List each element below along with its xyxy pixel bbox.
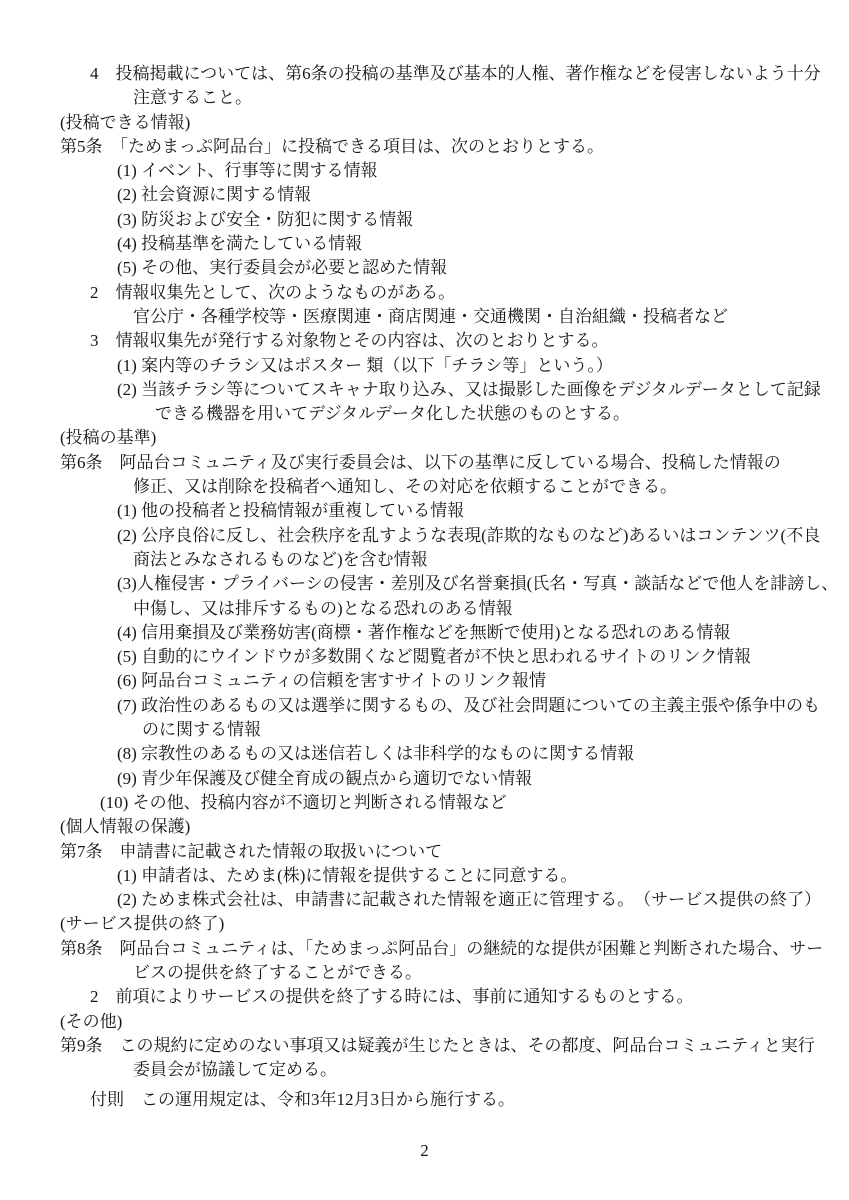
text-line: (4) 投稿基準を満たしている情報 [0, 232, 849, 256]
text-line: (5) 自動的にウインドウが多数開くなど閲覧者が不快と思われるサイトのリンク情報 [0, 645, 849, 669]
text-line: (3)人権侵害・プライバーシの侵害・差別及び名誉棄損(氏名・写真・談話などで他人… [0, 572, 849, 596]
text-line: 注意すること。 [0, 86, 849, 110]
text-line: (2) 社会資源に関する情報 [0, 183, 849, 207]
document-page: 4 投稿掲載については、第6条の投稿の基準及び基本的人権、著作権などを侵害しない… [0, 0, 849, 1200]
text-line: 3 情報収集先が発行する対象物とその内容は、次のとおりとする。 [0, 329, 849, 353]
text-line: 第8条 阿品台コミュニティは、「ためまっぷ阿品台」の継続的な提供が困難と判断され… [0, 937, 849, 961]
text-line: (サービス提供の終了) [0, 912, 849, 936]
text-line: 中傷し、又は排斥するもの)となる恐れのある情報 [0, 597, 849, 621]
text-line: (1) 申請者は、ためま(株)に情報を提供することに同意する。 [0, 864, 849, 888]
text-line: できる機器を用いてデジタルデータ化した状態のものとする。 [0, 402, 849, 426]
text-line: (1) 案内等のチラシ又はポスター 類（以下「チラシ等」という。） [0, 354, 849, 378]
page-number: 2 [0, 1139, 849, 1163]
text-line: 第7条 申請書に記載された情報の取扱いについて [0, 840, 849, 864]
text-line: (1) 他の投稿者と投稿情報が重複している情報 [0, 499, 849, 523]
text-line: 2 情報収集先として、次のようなものがある。 [0, 281, 849, 305]
text-line: (9) 青少年保護及び健全育成の観点から適切でない情報 [0, 767, 849, 791]
text-line: 商法とみなされるものなど)を含む情報 [0, 548, 849, 572]
text-line: (3) 防災および安全・防犯に関する情報 [0, 208, 849, 232]
text-line: (その他) [0, 1010, 849, 1034]
text-line: 第9条 この規約に定めのない事項又は疑義が生じたときは、その都度、阿品台コミュニ… [0, 1034, 849, 1058]
text-line: (投稿できる情報) [0, 111, 849, 135]
text-line: 4 投稿掲載については、第6条の投稿の基準及び基本的人権、著作権などを侵害しない… [0, 62, 849, 86]
text-line: のに関する情報 [0, 718, 849, 742]
text-line: (5) その他、実行委員会が必要と認めた情報 [0, 256, 849, 280]
text-line: (10) その他、投稿内容が不適切と判断される情報など [0, 791, 849, 815]
text-line: 第6条 阿品台コミュニティ及び実行委員会は、以下の基準に反している場合、投稿した… [0, 451, 849, 475]
text-line: (8) 宗教性のあるもの又は迷信若しくは非科学的なものに関する情報 [0, 742, 849, 766]
text-line: 第5条 「ためまっぷ阿品台」に投稿できる項目は、次のとおりとする。 [0, 135, 849, 159]
text-line: (2) 公序良俗に反し、社会秩序を乱すような表現(詐欺的なものなど)あるいはコン… [0, 524, 849, 548]
text-line: (2) 当該チラシ等についてスキャナ取り込み、又は撮影した画像をデジタルデータと… [0, 378, 849, 402]
text-line: (個人情報の保護) [0, 815, 849, 839]
text-line: 修正、又は削除を投稿者へ通知し、その対応を依頼することができる。 [0, 475, 849, 499]
text-line: (1) イベント、行事等に関する情報 [0, 159, 849, 183]
text-line: ビスの提供を終了することができる。 [0, 961, 849, 985]
text-line: 委員会が協議して定める。 [0, 1058, 849, 1082]
text-line: (4) 信用棄損及び業務妨害(商標・著作権などを無断で使用)となる恐れのある情報 [0, 621, 849, 645]
text-line: 付則 この運用規定は、令和3年12月3日から施行する。 [0, 1088, 849, 1112]
text-line: 2 前項によりサービスの提供を終了する時には、事前に通知するものとする。 [0, 985, 849, 1009]
text-line: (6) 阿品台コミュニティの信頼を害すサイトのリンク報情 [0, 669, 849, 693]
text-line: 官公庁・各種学校等・医療関連・商店関連・交通機関・自治組織・投稿者など [0, 305, 849, 329]
document-body: 4 投稿掲載については、第6条の投稿の基準及び基本的人権、著作権などを侵害しない… [0, 62, 849, 1113]
text-line: (7) 政治性のあるもの又は選挙に関するもの、及び社会問題についての主義主張や係… [0, 694, 849, 718]
text-line: (2) ためま株式会社は、申請書に記載された情報を適正に管理する。 （サービス提… [0, 888, 849, 912]
text-line: (投稿の基準) [0, 426, 849, 450]
